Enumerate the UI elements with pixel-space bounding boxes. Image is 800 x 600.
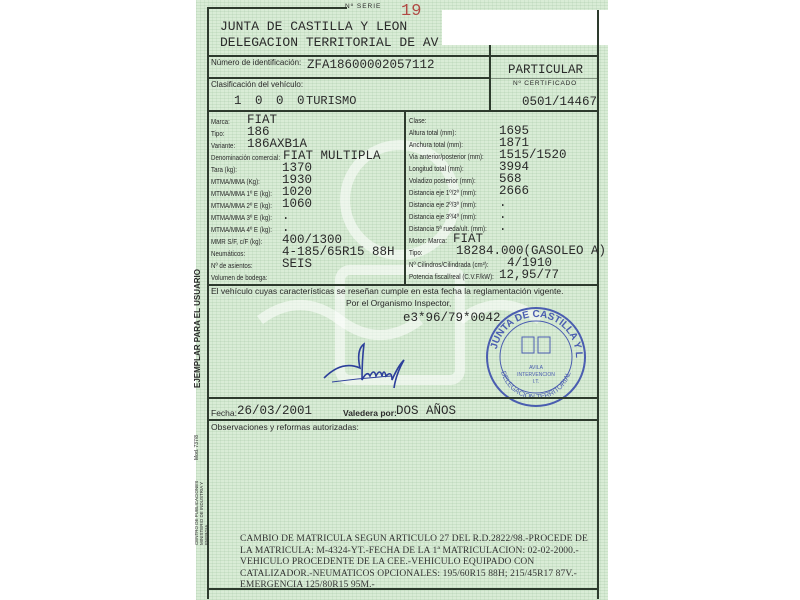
svg-text:AVILA: AVILA: [529, 365, 543, 371]
spec-label: Motor: Marca:: [409, 236, 447, 245]
signature: [312, 340, 432, 395]
spec-label: MTMA/MMA 2º E (kg):: [211, 201, 272, 210]
spec-value: .: [499, 220, 507, 234]
spec-label: Denominación comercial:: [211, 153, 280, 162]
rule: [207, 397, 598, 399]
spec-label: Variante:: [211, 141, 235, 150]
observations-label: Observaciones y reformas autorizadas:: [211, 422, 359, 432]
spec-label: Clase:: [409, 116, 426, 125]
rule: [207, 419, 598, 421]
spec-label: Via anterior/posterior (mm):: [409, 152, 484, 161]
spec-label: Altura total (mm):: [409, 128, 456, 137]
inspector-label: Por el Organismo Inspector,: [346, 298, 451, 308]
spec-label: Distancia eje 3º/4º (mm):: [409, 212, 477, 221]
spec-label: Marca:: [211, 117, 230, 126]
certificate-label: Nº CERTIFICADO: [513, 80, 577, 87]
spec-label: Tipo:: [211, 129, 224, 138]
date-label: Fecha:: [211, 408, 237, 418]
authority-line-2: DELEGACION TERRITORIAL DE AV: [220, 35, 438, 50]
redaction-box: [442, 10, 608, 45]
spec-label: Potencia fiscal/real (C.V.F/kW):: [409, 272, 494, 281]
spec-label: Neumáticos:: [211, 249, 245, 258]
authority-line-1: JUNTA DE CASTILLA Y LEON: [220, 19, 407, 34]
rule: [207, 55, 598, 57]
spec-label: Tipo:: [409, 248, 422, 257]
certificate-number: 0501/14467: [522, 95, 597, 109]
usage-value: PARTICULAR: [508, 63, 583, 77]
copy-label: EJEMPLAR PARA EL USUARIO: [193, 269, 202, 388]
spec-label: MTMA/MMA 4º E (kg):: [211, 225, 272, 234]
classification-type: TURISMO: [306, 94, 356, 108]
rule: [207, 588, 598, 590]
official-stamp: JUNTA DE CASTILLA Y LEON DELEGACION TERR…: [484, 305, 588, 409]
border-right: [597, 10, 599, 599]
spec-label: Voladizo posterior (mm):: [409, 176, 476, 185]
spec-label: Distancia eje 1º/2º (mm):: [409, 188, 477, 197]
compliance-statement: El vehículo cuyas características se res…: [211, 286, 563, 296]
classification-label: Clasificación del vehículo:: [211, 80, 303, 89]
rule: [207, 110, 598, 112]
spec-value: 12,95/77: [499, 268, 559, 282]
rule: [404, 110, 406, 285]
spec-label: MTMA/MMA 1º E (kg):: [211, 189, 272, 198]
spec-label: Longitud total (mm):: [409, 164, 464, 173]
spec-label: Volumen de bodega:: [211, 273, 267, 282]
rule: [489, 78, 598, 79]
spec-label: Nº de asientos:: [211, 261, 253, 270]
spec-label: Tara (kg):: [211, 165, 237, 174]
svg-text:INTERVENCION: INTERVENCION: [517, 372, 555, 378]
rule: [207, 77, 490, 79]
serial-label: Nº SERIE: [345, 3, 381, 10]
spec-label: Distancia eje 2º/3º (mm):: [409, 200, 477, 209]
classification-code: 1 0 0 0: [234, 94, 308, 108]
model-label: Mod. 737/8: [194, 435, 200, 460]
date-value: 26/03/2001: [237, 404, 312, 418]
valid-label: Valedera por:: [343, 408, 397, 418]
identification-value: ZFA18600002057112: [307, 58, 435, 72]
spec-label: Anchura total (mm):: [409, 140, 463, 149]
printer-label: CENTRO DE PUBLICACIONES MINISTERIO DE IN…: [194, 465, 209, 545]
valid-value: DOS AÑOS: [396, 404, 456, 418]
spec-label: MTMA/MMA (Kg):: [211, 177, 260, 186]
identification-label: Número de identificación:: [211, 58, 301, 67]
svg-text:I.T.: I.T.: [533, 379, 540, 385]
rule: [207, 7, 347, 9]
spec-label: MTMA/MMA 3º E (kg):: [211, 213, 272, 222]
spec-label: Nº Cilindros/Cilindrada (cm³):: [409, 260, 488, 269]
spec-label: MMR S/F, c/F (kg):: [211, 237, 262, 246]
spec-value: SEIS: [282, 257, 312, 271]
observations-text: CAMBIO DE MATRICULA SEGUN ARTICULO 27 DE…: [240, 534, 600, 592]
